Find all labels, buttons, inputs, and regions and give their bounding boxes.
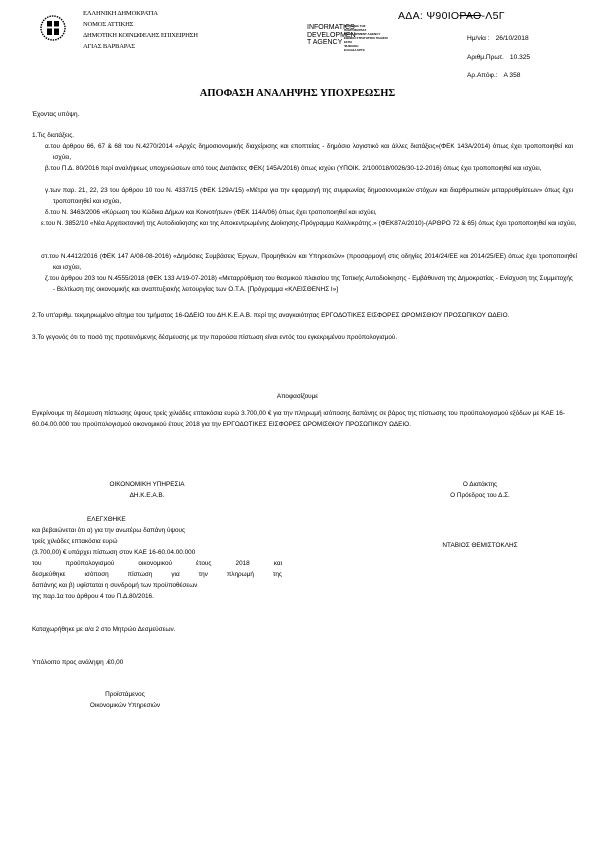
- head-title: Προϊστάμενος: [50, 689, 200, 700]
- provision-a: α.του άρθρου 66, 67 & 68 του Ν.4270/2014…: [45, 141, 573, 163]
- head-subtitle: Οικονομικών Υπηρεσιών: [50, 700, 200, 711]
- decision-label: Αρ.Απόφ.:: [467, 72, 498, 79]
- finance-service-block: ΟΙΚΟΝΟΜΙΚΗ ΥΠΗΡΕΣΙΑ ΔΗ.Κ.Ε.Α.Β.: [72, 479, 222, 501]
- date-row: Ημ/νία :26/10/2018: [467, 30, 530, 49]
- checked-block: και βεβαιώνεται ότι α) για την ανωτέρω δ…: [32, 525, 282, 602]
- decision-row: Αρ.Απόφ.:Α 358: [467, 67, 530, 86]
- provision-g: ζ.του άρθρου 203 του Ν.4555/2018 (ΦΕΚ 13…: [45, 273, 573, 295]
- provision-f: στ.του Ν.4412/2016 (ΦΕΚ 147 Α/08-08-2016…: [41, 251, 577, 273]
- authorizer-subtitle: Ο Πρόεδρος του Δ.Σ.: [410, 490, 550, 501]
- page-title: ΑΠΟΦΑΣΗ ΑΝΑΛΗΨΗΣ ΥΠΟΧΡΕΩΣΗΣ: [0, 88, 595, 99]
- checked-line: δεσμεύθηκε ισόποση πίστωση για την πληρω…: [32, 569, 282, 580]
- ada-struck: ΡΑΘ: [459, 10, 481, 22]
- checked-line: της παρ.1α του άρθρου 4 του Π.Δ.80/2016.: [32, 591, 282, 602]
- checked-heading: ΕΛΕΓΧΘΗΚΕ: [87, 514, 126, 525]
- checked-line: δαπάνης και β) υφίσταται η συνδρομή των …: [32, 580, 282, 591]
- protocol-label: Αριθμ.Πρωτ.: [467, 54, 504, 61]
- remaining-text: Υπόλοιπο προς ανάληψη .€0,00: [32, 657, 123, 668]
- org-line: ΕΛΛΗΝΙΚΗ ΔΗΜΟΚΡΑΤΙΑ: [83, 8, 198, 19]
- item-3: 3.Το γεγονός ότι το ποσό της προτεινόμεν…: [32, 332, 565, 343]
- checked-line: και βεβαιώνεται ότι α) για την ανωτέρω δ…: [32, 525, 282, 536]
- org-line: ΑΓΙΑΣ ΒΑΡΒΑΡΑΣ: [83, 41, 198, 52]
- provision-b: β.του Π.Δ. 80/2016 περί αναλήψεως υποχρε…: [45, 163, 573, 174]
- authorizer-name: ΝΤΑΒΙΟΣ ΘΕΜΙΣΤΟΚΛΗΣ: [410, 540, 550, 551]
- provision-e: ε.του Ν. 3852/10 «Νέα Αρχιτεκτονική της …: [41, 218, 577, 229]
- ada-label: ΑΔΑ: Ψ90ΙΟ: [398, 10, 459, 22]
- item-2: 2.Το υπ'αριθμ. τεκμηριωμένο αίτημα του τ…: [32, 310, 565, 321]
- provision-c: γ.των παρ. 21, 22, 23 του άρθρου 10 του …: [45, 185, 573, 207]
- intro-text: Έχοντας υπόψη.: [32, 109, 79, 120]
- date-value: 26/10/2018: [496, 35, 529, 42]
- authorizer-block: Ο Διατάκτης Ο Πρόεδρος του Δ.Σ.: [410, 479, 550, 501]
- date-label: Ημ/νία :: [467, 35, 490, 42]
- organization-block: ΕΛΛΗΝΙΚΗ ΔΗΜΟΚΡΑΤΙΑ ΝΟΜΟΣ ΑΤΤΙΚΗΣ ΔΗΜΟΤΙ…: [83, 8, 198, 52]
- document-meta: Ημ/νία :26/10/2018 Αριθμ.Πρωτ.10.325 Αρ.…: [467, 30, 530, 86]
- finance-service-subtitle: ΔΗ.Κ.Ε.Α.Β.: [72, 490, 222, 501]
- checked-line: (3.700,00) € υπάρχει πίστωση στον ΚΑΕ 16…: [32, 547, 282, 558]
- decision-value: Α 358: [504, 72, 521, 79]
- ida-small-text: ΚΟΙΝΩΝΙΑ ΤΗΣ ΠΛΗΡΟΦΟΡΙΑΣ DEVELOPMENT AGE…: [344, 24, 388, 52]
- greek-emblem-icon: [40, 15, 66, 41]
- protocol-row: Αριθμ.Πρωτ.10.325: [467, 49, 530, 68]
- finance-service-title: ΟΙΚΟΝΟΜΙΚΗ ΥΠΗΡΕΣΙΑ: [72, 479, 222, 490]
- org-line: ΝΟΜΟΣ ΑΤΤΙΚΗΣ: [83, 19, 198, 30]
- checked-line: τρείς χιλιάδες επτακόσια ευρώ: [32, 536, 282, 547]
- checked-line: του προϋπολογισμού οικονομικού έτους 201…: [32, 558, 282, 569]
- provision-d: δ.του Ν. 3463/2006 «Κύρωση του Κώδικα Δή…: [45, 207, 573, 218]
- protocol-value: 10.325: [510, 54, 530, 61]
- decision-text: Εγκρίνουμε τη δέσμευση πίστωσης ύψους τρ…: [32, 408, 565, 430]
- authorizer-title: Ο Διατάκτης: [410, 479, 550, 490]
- ada-suffix: -Λ5Γ: [481, 10, 504, 22]
- org-line: ΔΗΜΟΤΙΚΗ ΚΟΙΝΩΦΕΛΗΣ ΕΠΙΧΕΙΡΗΣΗ: [83, 30, 198, 41]
- decide-heading: Αποφασίζουμε: [0, 391, 595, 402]
- registered-text: Καταχωρήθηκε με α/α 2 στο Μητρώο Δεσμεύσ…: [32, 624, 175, 635]
- head-block: Προϊστάμενος Οικονομικών Υπηρεσιών: [50, 689, 200, 711]
- section1-heading: 1.Τις διατάξεις.: [32, 130, 74, 141]
- logo-small-line: ΕΛΛΑΔΑ ΕΡΓΑ: [344, 48, 388, 52]
- ada-stamp: ΑΔΑ: Ψ90ΙΟΡΑΘ-Λ5Γ: [398, 10, 505, 22]
